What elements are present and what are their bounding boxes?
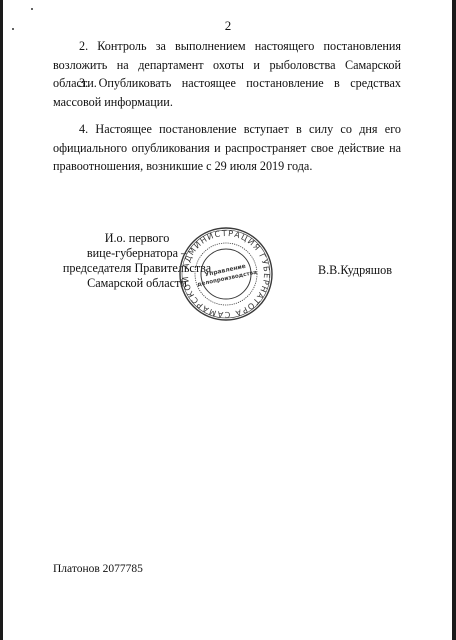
paragraph-4-line-2: официального опубликования и распростран… xyxy=(53,139,401,158)
paragraph-3: 3. Опубликовать настоящее постановление … xyxy=(53,74,401,111)
paragraph-4-line-1-text: 4. Настоящее постановление вступает в си… xyxy=(79,122,401,136)
paragraph-2-number: 2. xyxy=(79,39,88,53)
paragraph-3-number: 3. xyxy=(79,76,88,90)
paragraph-3-text: Опубликовать настоящее постановление в с… xyxy=(53,76,401,109)
scan-speck xyxy=(31,8,33,10)
document-page: 2 2. Контроль за выполнением настоящего … xyxy=(0,0,456,640)
scan-edge-left xyxy=(0,0,3,640)
paragraph-4-line-1: 4. Настоящее постановление вступает в си… xyxy=(53,120,401,139)
signatory-name: В.В.Кудряшов xyxy=(318,263,392,278)
paragraph-4: 4. Настоящее постановление вступает в си… xyxy=(53,120,401,176)
executor-note: Платонов 2077785 xyxy=(53,563,143,575)
official-stamp-icon: АДМИНИСТРАЦИЯ ГУБЕРНАТОРА САМАРСКОЙ ОБЛА… xyxy=(178,226,274,322)
scan-edge-right xyxy=(452,0,456,640)
page-number: 2 xyxy=(0,18,456,34)
paragraph-4-line-3: правоотношения, возникшие с 29 июля 2019… xyxy=(53,157,401,176)
